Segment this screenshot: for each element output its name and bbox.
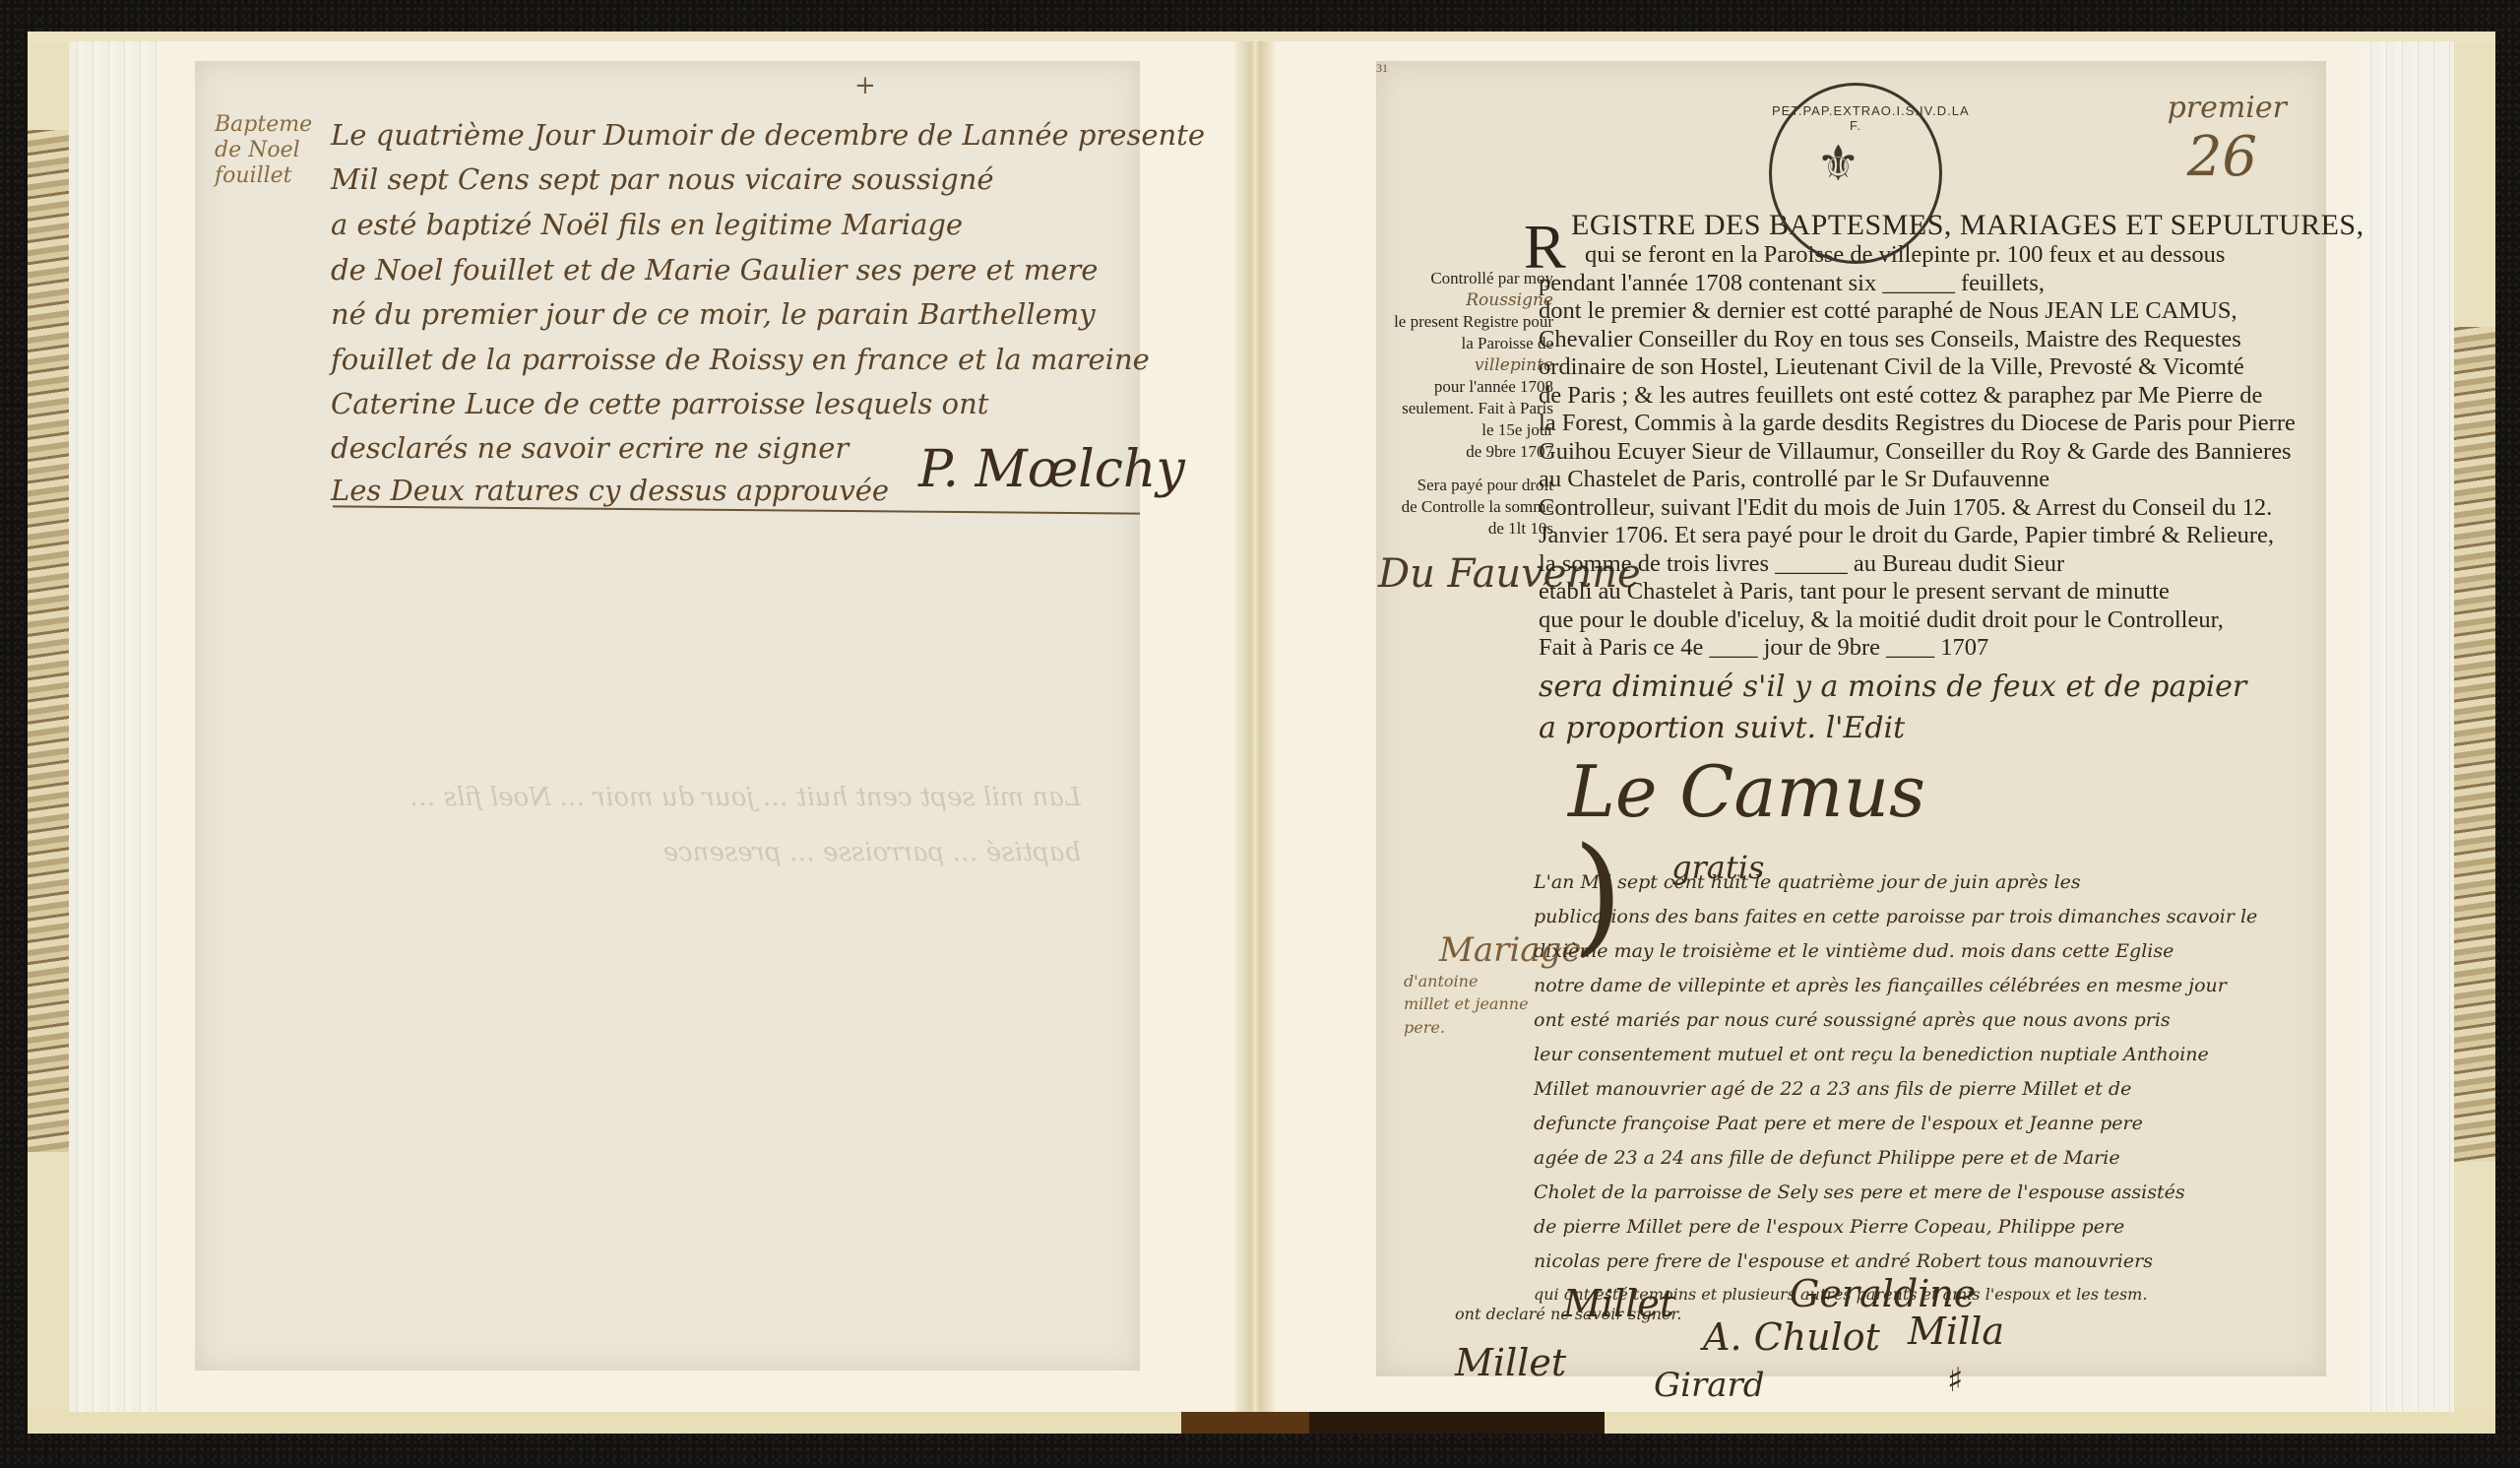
marriage-line: agée de 23 a 24 ans fille de defunct Phi… bbox=[1534, 1147, 2120, 1169]
marriage-line: Cholet de la parroisse de Sely ses pere … bbox=[1534, 1181, 2185, 1203]
margin-note: Bapteme de Noel fouillet bbox=[215, 112, 323, 189]
body-line: au Chastelet de Paris, controllé par le … bbox=[1539, 466, 2049, 494]
entry-line: desclarés ne savoir ecrire ne signer bbox=[331, 431, 849, 465]
cover-edge-top bbox=[28, 32, 2495, 41]
side-line: le present Registre pour bbox=[1386, 311, 1553, 333]
marriage-line: de pierre Millet pere de l'espoux Pierre… bbox=[1534, 1216, 2124, 1238]
marriage-line: L'an Mil sept cent huit le quatrième jou… bbox=[1534, 871, 2081, 893]
body-line: la Forest, Commis à la garde desdits Reg… bbox=[1539, 410, 2296, 438]
fleur-de-lis-crest-icon: ⚜ bbox=[1816, 135, 1860, 192]
spine-bottom-leather bbox=[1181, 1412, 1319, 1434]
side-line: Sera payé pour droit bbox=[1386, 475, 1553, 496]
entry-line: Le quatrième Jour Dumoir de decembre de … bbox=[331, 118, 1205, 152]
side-line-hw: villepinte bbox=[1386, 354, 1553, 376]
body-line: Controlleur, suivant l'Edit du mois de J… bbox=[1539, 494, 2272, 523]
side-spacer bbox=[1386, 463, 1553, 475]
body-line: pendant l'année 1708 contenant six _____… bbox=[1539, 270, 2045, 298]
side-line: la Paroisse de bbox=[1386, 333, 1553, 354]
register-title: EGISTRE DES BAPTESMES, MARIAGES ET SEPUL… bbox=[1571, 209, 2364, 242]
body-line: que pour le double d'iceluy, & la moitié… bbox=[1539, 606, 2224, 635]
marriage-line: Millet manouvrier agé de 22 a 23 ans fil… bbox=[1534, 1078, 2131, 1100]
entry-line: Les Deux ratures cy dessus approuvée bbox=[331, 474, 889, 507]
side-line: pour l'année 1708 bbox=[1386, 376, 1553, 398]
side-line-hw: Roussigne bbox=[1386, 289, 1553, 311]
entry-line: Caterine Luce de cette parroisse lesquel… bbox=[331, 387, 988, 420]
page-block-left bbox=[69, 41, 157, 1412]
marriage-line: ont esté mariés par nous curé soussigné … bbox=[1534, 1009, 2171, 1031]
marriage-line: dixième may le troisième et le vintième … bbox=[1534, 940, 2173, 962]
cross-mark: + bbox=[854, 71, 876, 100]
side-line: de Controlle la somme bbox=[1386, 496, 1553, 518]
signature-millet: Millet bbox=[1563, 1282, 1674, 1325]
cover-corner-left-top bbox=[28, 32, 69, 130]
marriage-line: leur consentement mutuel et ont reçu la … bbox=[1534, 1044, 2209, 1065]
side-line: seulement. Fait à Paris bbox=[1386, 398, 1553, 419]
stamp-legend: PET.PAP.EXTRAO.I.S.IV.D.LA F. bbox=[1772, 103, 1939, 133]
signature-mark: ♯ bbox=[1947, 1361, 1963, 1400]
signature-millet-2: Millet bbox=[1455, 1341, 1566, 1384]
handwritten-note-line: a proportion suivt. l'Edit bbox=[1539, 711, 1905, 745]
body-line: Fait à Paris ce 4e ____ jour de 9bre ___… bbox=[1539, 634, 1988, 663]
signature-girard: Girard bbox=[1654, 1366, 1765, 1405]
folio-number: 26 bbox=[2187, 125, 2257, 189]
marriage-line: publications des bans faites en cette pa… bbox=[1534, 906, 2257, 927]
page-block-right bbox=[2362, 41, 2454, 1412]
entry-line: né du premier jour de ce moir, le parain… bbox=[331, 297, 1096, 331]
body-line: établi au Chastelet à Paris, tant pour l… bbox=[1539, 578, 2170, 606]
book-gutter bbox=[1235, 41, 1275, 1412]
spine-shadow bbox=[1309, 1412, 1605, 1434]
entry-line: Mil sept Cens sept par nous vicaire sous… bbox=[331, 162, 994, 196]
entry-line: de Noel fouillet et de Marie Gaulier ses… bbox=[331, 253, 1098, 287]
side-line: de 9bre 1707 bbox=[1386, 441, 1553, 463]
body-line: Chevalier Conseiller du Roy en tous ses … bbox=[1539, 326, 2241, 354]
body-line: la somme de trois livres ______ au Burea… bbox=[1539, 550, 2064, 579]
handwritten-note-line: sera diminué s'il y a moins de feux et d… bbox=[1539, 670, 2246, 704]
vicar-signature: P. Mœlchy bbox=[918, 440, 1185, 499]
entry-line: fouillet de la parroisse de Roissy en fr… bbox=[331, 343, 1150, 376]
marriage-margin-name: d'antoine bbox=[1404, 972, 1478, 990]
body-line: Guihou Ecuyer Sieur de Villaumur, Consei… bbox=[1539, 438, 2292, 467]
side-line: de 1lt 10s bbox=[1386, 518, 1553, 540]
signature-milla: Milla bbox=[1908, 1309, 2004, 1353]
marriage-line: nicolas pere frere de l'espouse et andré… bbox=[1534, 1250, 2153, 1272]
bleed-through-text: Lan mil sept cent huit … jour du moir … … bbox=[392, 770, 1081, 1282]
stamp-seal: PET.PAP.EXTRAO.I.S.IV.D.LA F. ⚜ bbox=[1769, 83, 1942, 264]
marriage-margin-name: pere. bbox=[1404, 1018, 1445, 1037]
body-line: de Paris ; & les autres feuillets ont es… bbox=[1539, 382, 2262, 411]
marriage-line: defuncte françoise Paat pere et mere de … bbox=[1534, 1113, 2143, 1134]
open-register-book: Bapteme de Noel fouillet + Le quatrième … bbox=[0, 0, 2520, 1468]
marriage-line: notre dame de villepinte et après les fi… bbox=[1534, 975, 2227, 996]
body-line: Janvier 1706. Et sera payé pour le droit… bbox=[1539, 522, 2274, 550]
marriage-margin-name: millet et jeanne bbox=[1404, 994, 1529, 1013]
cover-corner-left-bottom bbox=[28, 1152, 69, 1434]
signature-chulot: A. Chulot bbox=[1703, 1315, 1880, 1359]
body-line: ordinaire de son Hostel, Lieutenant Civi… bbox=[1539, 353, 2244, 382]
page-number: 31 bbox=[1376, 61, 2326, 76]
baptism-record-sheet: Bapteme de Noel fouillet + Le quatrième … bbox=[195, 61, 1140, 1371]
side-line: le 15e jour bbox=[1386, 419, 1553, 441]
entry-line: a esté baptizé Noël fils en legitime Mar… bbox=[331, 208, 963, 241]
body-line: dont le premier & dernier est cotté para… bbox=[1539, 297, 2237, 326]
folio-word: premier bbox=[2168, 91, 2287, 125]
cover-corner-right-top bbox=[2454, 32, 2495, 327]
cover-corner-right-bottom bbox=[2454, 1162, 2495, 1434]
control-side-block: Controllé par moy Roussigne le present R… bbox=[1386, 268, 1553, 540]
